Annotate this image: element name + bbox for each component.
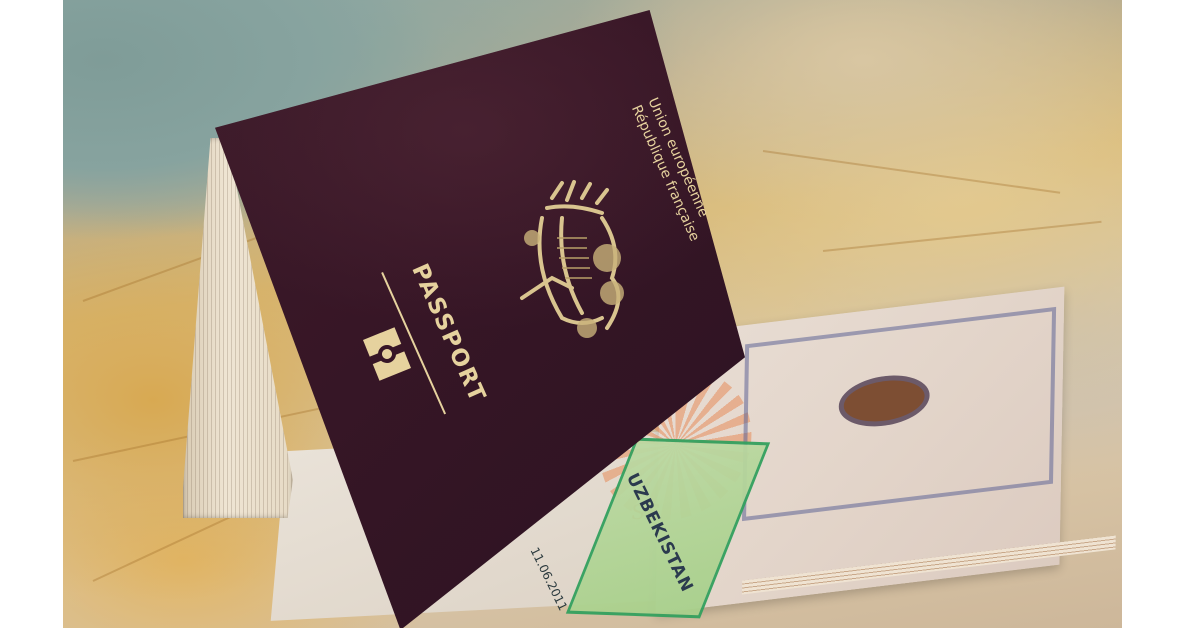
image-frame: SE UZBEKISTAN 11.06.2011 PASSPORT <box>0 0 1200 628</box>
map-contour <box>823 221 1102 252</box>
coat-of-arms-emblem <box>512 178 636 338</box>
punched-hole <box>838 371 930 432</box>
map-contour <box>763 150 1060 194</box>
